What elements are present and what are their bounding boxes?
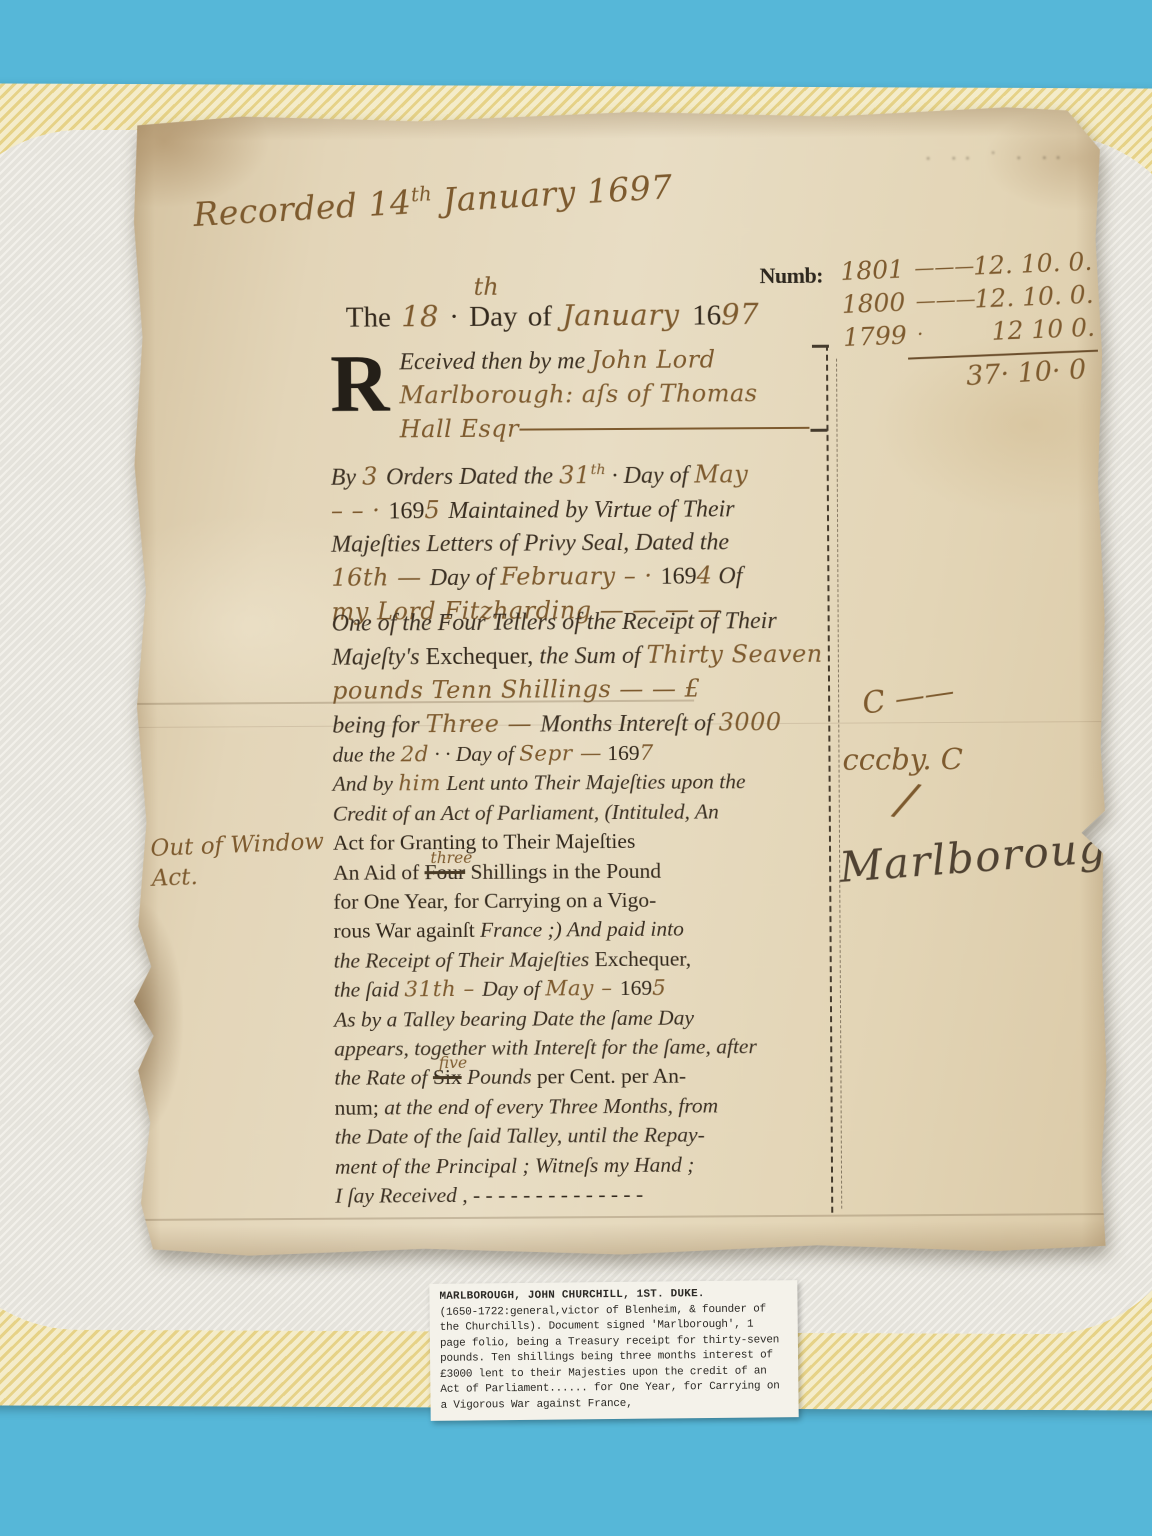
text-segment: 16 bbox=[692, 299, 721, 331]
vertical-dashed-rule-inner bbox=[836, 359, 842, 1209]
text-segment: Credit of an Act of Parliament, (Intitul… bbox=[333, 799, 719, 825]
text-segment: May – bbox=[545, 976, 620, 1001]
text-segment: 31th – bbox=[404, 977, 482, 1002]
doc-line: And by him Lent unto Their Majeſties upo… bbox=[333, 767, 835, 799]
text-segment: January 1697 bbox=[431, 167, 674, 220]
ink-rule bbox=[519, 425, 809, 431]
due-paragraph: due the 2d · · Day of Sepr — 1697And by … bbox=[332, 738, 837, 1212]
text-segment: Recorded 14 bbox=[192, 182, 412, 234]
text-segment: 169 bbox=[620, 976, 652, 1000]
text-segment: I ſay Received , bbox=[335, 1183, 473, 1208]
text-segment: per Cent. per An- bbox=[537, 1064, 686, 1089]
text-segment: And by bbox=[333, 772, 399, 796]
orders-paragraph: By 3 Orders Dated the 31th · Day of May–… bbox=[331, 453, 834, 630]
doc-line: An Aid of Fourthree Shillings in the Pou… bbox=[333, 855, 835, 887]
text-segment: 169 bbox=[388, 498, 424, 524]
catalog-label: MARLBOROUGH, JOHN CHURCHILL, 1ST. DUKE.(… bbox=[429, 1280, 798, 1421]
paper-crease bbox=[131, 1213, 1111, 1220]
text-segment: · Day of bbox=[606, 463, 695, 490]
doc-line: a Vigorous War against France, bbox=[440, 1395, 788, 1414]
text-segment: Sepr — bbox=[519, 741, 602, 767]
doc-line: rous War againſt France ;) And paid into bbox=[333, 914, 835, 946]
text-segment: Marlborough: aſs of Thomas bbox=[399, 379, 757, 409]
inserted-word: three bbox=[430, 844, 472, 874]
text-segment: By bbox=[331, 465, 362, 491]
correction: Sixfive bbox=[433, 1063, 462, 1093]
text-segment: 169 bbox=[602, 741, 640, 765]
doc-line: ment of the Principal ; Witneſs my Hand … bbox=[335, 1149, 837, 1181]
text-segment: France ;) And paid into bbox=[480, 917, 684, 942]
rule-tick bbox=[810, 429, 827, 432]
text-segment: 18 bbox=[401, 299, 439, 333]
doc-line: the ſaid 31th – Day of May – 1695 bbox=[334, 973, 836, 1005]
doc-line: the Date of the ſaid Talley, until the R… bbox=[335, 1120, 837, 1152]
document-paper: Recorded 14th January 1697 · ·· ˙ · ·· N… bbox=[124, 101, 1111, 1261]
text-segment: · Day of bbox=[439, 300, 562, 333]
doc-line: Majeſty's Exchequer, the Sum of Thirty S… bbox=[332, 638, 834, 675]
text-segment: 5 bbox=[424, 496, 448, 524]
doc-line: pounds Tenn Shillings — — £ bbox=[332, 672, 834, 709]
text-segment: Act for Granting to Their Majeſties bbox=[333, 829, 635, 855]
text-segment: John Lord bbox=[591, 345, 716, 374]
text-segment: Exchequer, bbox=[595, 946, 692, 971]
text-segment: February – · bbox=[500, 562, 660, 591]
doc-line: the Rate of Sixfive Pounds per Cent. per… bbox=[334, 1061, 836, 1093]
text-segment: Day of bbox=[430, 565, 501, 591]
text-segment: ment of the Principal ; Witneſs my Hand … bbox=[335, 1152, 695, 1178]
text-segment: Maintained by Virtue of Their bbox=[448, 496, 734, 524]
text-segment: th bbox=[591, 462, 606, 478]
text-segment: Orders Dated the bbox=[386, 463, 559, 490]
doc-line: the Receipt of Their Majeſties Exchequer… bbox=[334, 944, 836, 976]
sum-total: 37· 10· 0 bbox=[965, 354, 1087, 392]
marlborough-signature: Marlborough bbox=[838, 821, 1137, 892]
text-segment: the ſaid bbox=[334, 978, 405, 1002]
text-segment: As by a Talley bearing Date the ſame Day bbox=[334, 1005, 694, 1031]
recorded-note: Recorded 14th January 1697 bbox=[192, 167, 673, 234]
text-segment: Shillings in the Pound bbox=[465, 858, 661, 883]
text-segment: th bbox=[410, 182, 432, 206]
text-segment: Lent unto Their Majeſties upon the bbox=[441, 770, 746, 796]
doc-line: I ſay Received , - - - - - - - - - - - -… bbox=[335, 1179, 837, 1211]
doc-line: appears, together with Intereſt for the … bbox=[334, 1032, 836, 1064]
text-segment: The bbox=[346, 301, 402, 333]
doc-line: Marlborough: aſs of Thomas bbox=[330, 377, 832, 414]
inserted-word: five bbox=[439, 1049, 467, 1079]
correction: Fourthree bbox=[424, 858, 465, 888]
account-numbers-column: 1801 ——— 12. 10. 0. 1800 ——— · 12. 10. 0… bbox=[840, 245, 1096, 354]
date-line: The 18 · Day of January 1697 bbox=[346, 297, 760, 335]
text-segment: num; bbox=[335, 1095, 385, 1119]
doc-line: Credit of an Act of Parliament, (Intitul… bbox=[333, 796, 835, 828]
text-segment: 2d bbox=[400, 742, 429, 767]
text-segment: 97 bbox=[721, 297, 759, 331]
text-segment: - - - - - - - - - - - - - - bbox=[473, 1182, 643, 1207]
paper-sheet: Recorded 14th January 1697 · ·· ˙ · ·· N… bbox=[124, 101, 1111, 1261]
text-segment: May bbox=[694, 460, 748, 488]
text-segment: 5 bbox=[652, 976, 666, 1001]
text-segment: Exchequer, bbox=[426, 643, 540, 670]
doc-line: – – · 1695 Maintained by Virtue of Their bbox=[331, 492, 833, 529]
text-segment: him bbox=[398, 771, 441, 796]
doc-line: As by a Talley bearing Date the ſame Day bbox=[334, 1002, 836, 1034]
clerk-mark: cccby. C bbox=[842, 742, 963, 777]
received-lines: Eceived then by me John LordMarlborough:… bbox=[330, 343, 833, 448]
tellers-paragraph: One of the Four Tellers of the Receipt o… bbox=[332, 605, 835, 743]
doc-line: num; at the end of every Three Months, f… bbox=[335, 1091, 837, 1123]
text-segment: Pounds bbox=[462, 1065, 537, 1089]
text-segment: An Aid of bbox=[333, 860, 425, 885]
text-segment: Majeſties Letters of Privy Seal, Dated t… bbox=[331, 529, 729, 557]
doc-line: 16th — Day of February – · 1694 Of bbox=[331, 559, 833, 596]
text-segment: · · Day of bbox=[429, 742, 519, 767]
text-segment: 16th — bbox=[331, 563, 430, 592]
text-segment: the Rate of bbox=[334, 1066, 433, 1091]
margin-note: Out of Window Act. bbox=[150, 827, 326, 894]
text-segment: – – · bbox=[331, 496, 389, 524]
text-segment: appears, together with Intereſt for the … bbox=[334, 1034, 757, 1061]
text-segment: January bbox=[562, 298, 692, 333]
text-segment: Majeſty's bbox=[332, 644, 426, 671]
text-segment: for One Year, for Carrying on a Vigo- bbox=[333, 888, 656, 914]
ink-specks: · ·· ˙ · ·· bbox=[925, 147, 1069, 171]
text-segment: Eceived then by me bbox=[399, 348, 591, 375]
text-segment: the Date of the ſaid Talley, until the R… bbox=[335, 1123, 705, 1149]
doc-line: Eceived then by me John Lord bbox=[330, 343, 832, 380]
text-segment: the Sum of bbox=[539, 643, 646, 670]
doc-line: By 3 Orders Dated the 31th · Day of May bbox=[331, 453, 833, 495]
text-segment: 169 bbox=[661, 564, 697, 590]
text-segment: rous War againſt bbox=[333, 918, 480, 943]
dropcap-R: R bbox=[330, 351, 390, 415]
doc-line: One of the Four Tellers of the Receipt o… bbox=[332, 605, 834, 641]
doc-line: due the 2d · · Day of Sepr — 1697 bbox=[332, 738, 834, 770]
text-segment: Day of bbox=[482, 977, 545, 1001]
text-segment: One of the Four Tellers of the Receipt o… bbox=[332, 608, 777, 637]
text-segment: Hall Esqr bbox=[400, 415, 520, 444]
text-segment: Thirty Seaven bbox=[647, 640, 823, 669]
text-segment: 3 bbox=[362, 462, 386, 490]
text-segment: 4 bbox=[697, 561, 713, 589]
received-paragraph: R Eceived then by me John LordMarlboroug… bbox=[330, 343, 833, 448]
text-segment: Of bbox=[712, 563, 742, 589]
doc-line: Hall Esqr bbox=[330, 411, 832, 448]
text-segment: 31 bbox=[559, 461, 591, 489]
clerk-mark: / bbox=[893, 771, 921, 827]
doc-line: for One Year, for Carrying on a Vigo- bbox=[333, 885, 835, 917]
text-segment: at the end of every Three Months, from bbox=[384, 1093, 718, 1119]
doc-line: Majeſties Letters of Privy Seal, Dated t… bbox=[331, 526, 833, 562]
numb-label: Numb: bbox=[759, 263, 823, 289]
rule-tick bbox=[812, 345, 829, 348]
clerk-mark: C —— bbox=[860, 674, 957, 722]
doc-line: Act for Granting to Their Majeſties bbox=[333, 826, 835, 858]
superscript-th: th bbox=[474, 273, 499, 301]
text-segment: 7 bbox=[640, 741, 654, 766]
text-segment: the Receipt of Their Majeſties bbox=[334, 947, 595, 973]
text-segment: due the bbox=[332, 742, 400, 766]
